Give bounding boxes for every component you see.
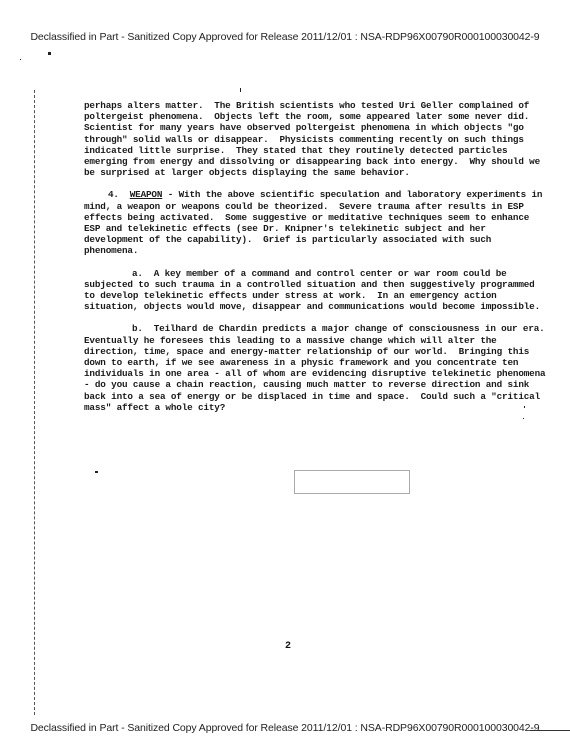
scan-artifact [20, 59, 21, 60]
scan-artifact [240, 88, 241, 92]
declassification-header: Declassified in Part - Sanitized Copy Ap… [0, 31, 570, 43]
page-number: 2 [285, 641, 291, 652]
scan-artifact [48, 52, 51, 55]
declassification-footer: Declassified in Part - Sanitized Copy Ap… [0, 722, 570, 734]
document-body: perhaps alters matter. The British scien… [84, 100, 550, 424]
subsection-letter: a. [132, 268, 143, 279]
section-heading: WEAPON [130, 189, 163, 200]
paragraph-section-4a: a. A key member of a command and control… [84, 268, 550, 313]
paragraph-continuation: perhaps alters matter. The British scien… [84, 100, 550, 178]
subsection-text: Teilhard de Chardin predicts a major cha… [84, 323, 555, 412]
scan-artifact [95, 471, 98, 473]
footer-rule [530, 730, 570, 731]
redaction-box [294, 470, 410, 494]
section-number: 4. [108, 189, 119, 200]
margin-binding-line [34, 90, 35, 715]
subsection-letter: b. [132, 323, 143, 334]
subsection-text: A key member of a command and control ce… [84, 268, 540, 313]
paragraph-section-4: 4. WEAPON - With the above scientific sp… [84, 189, 550, 256]
paragraph-section-4b: b. Teilhard de Chardin predicts a major … [84, 323, 550, 413]
